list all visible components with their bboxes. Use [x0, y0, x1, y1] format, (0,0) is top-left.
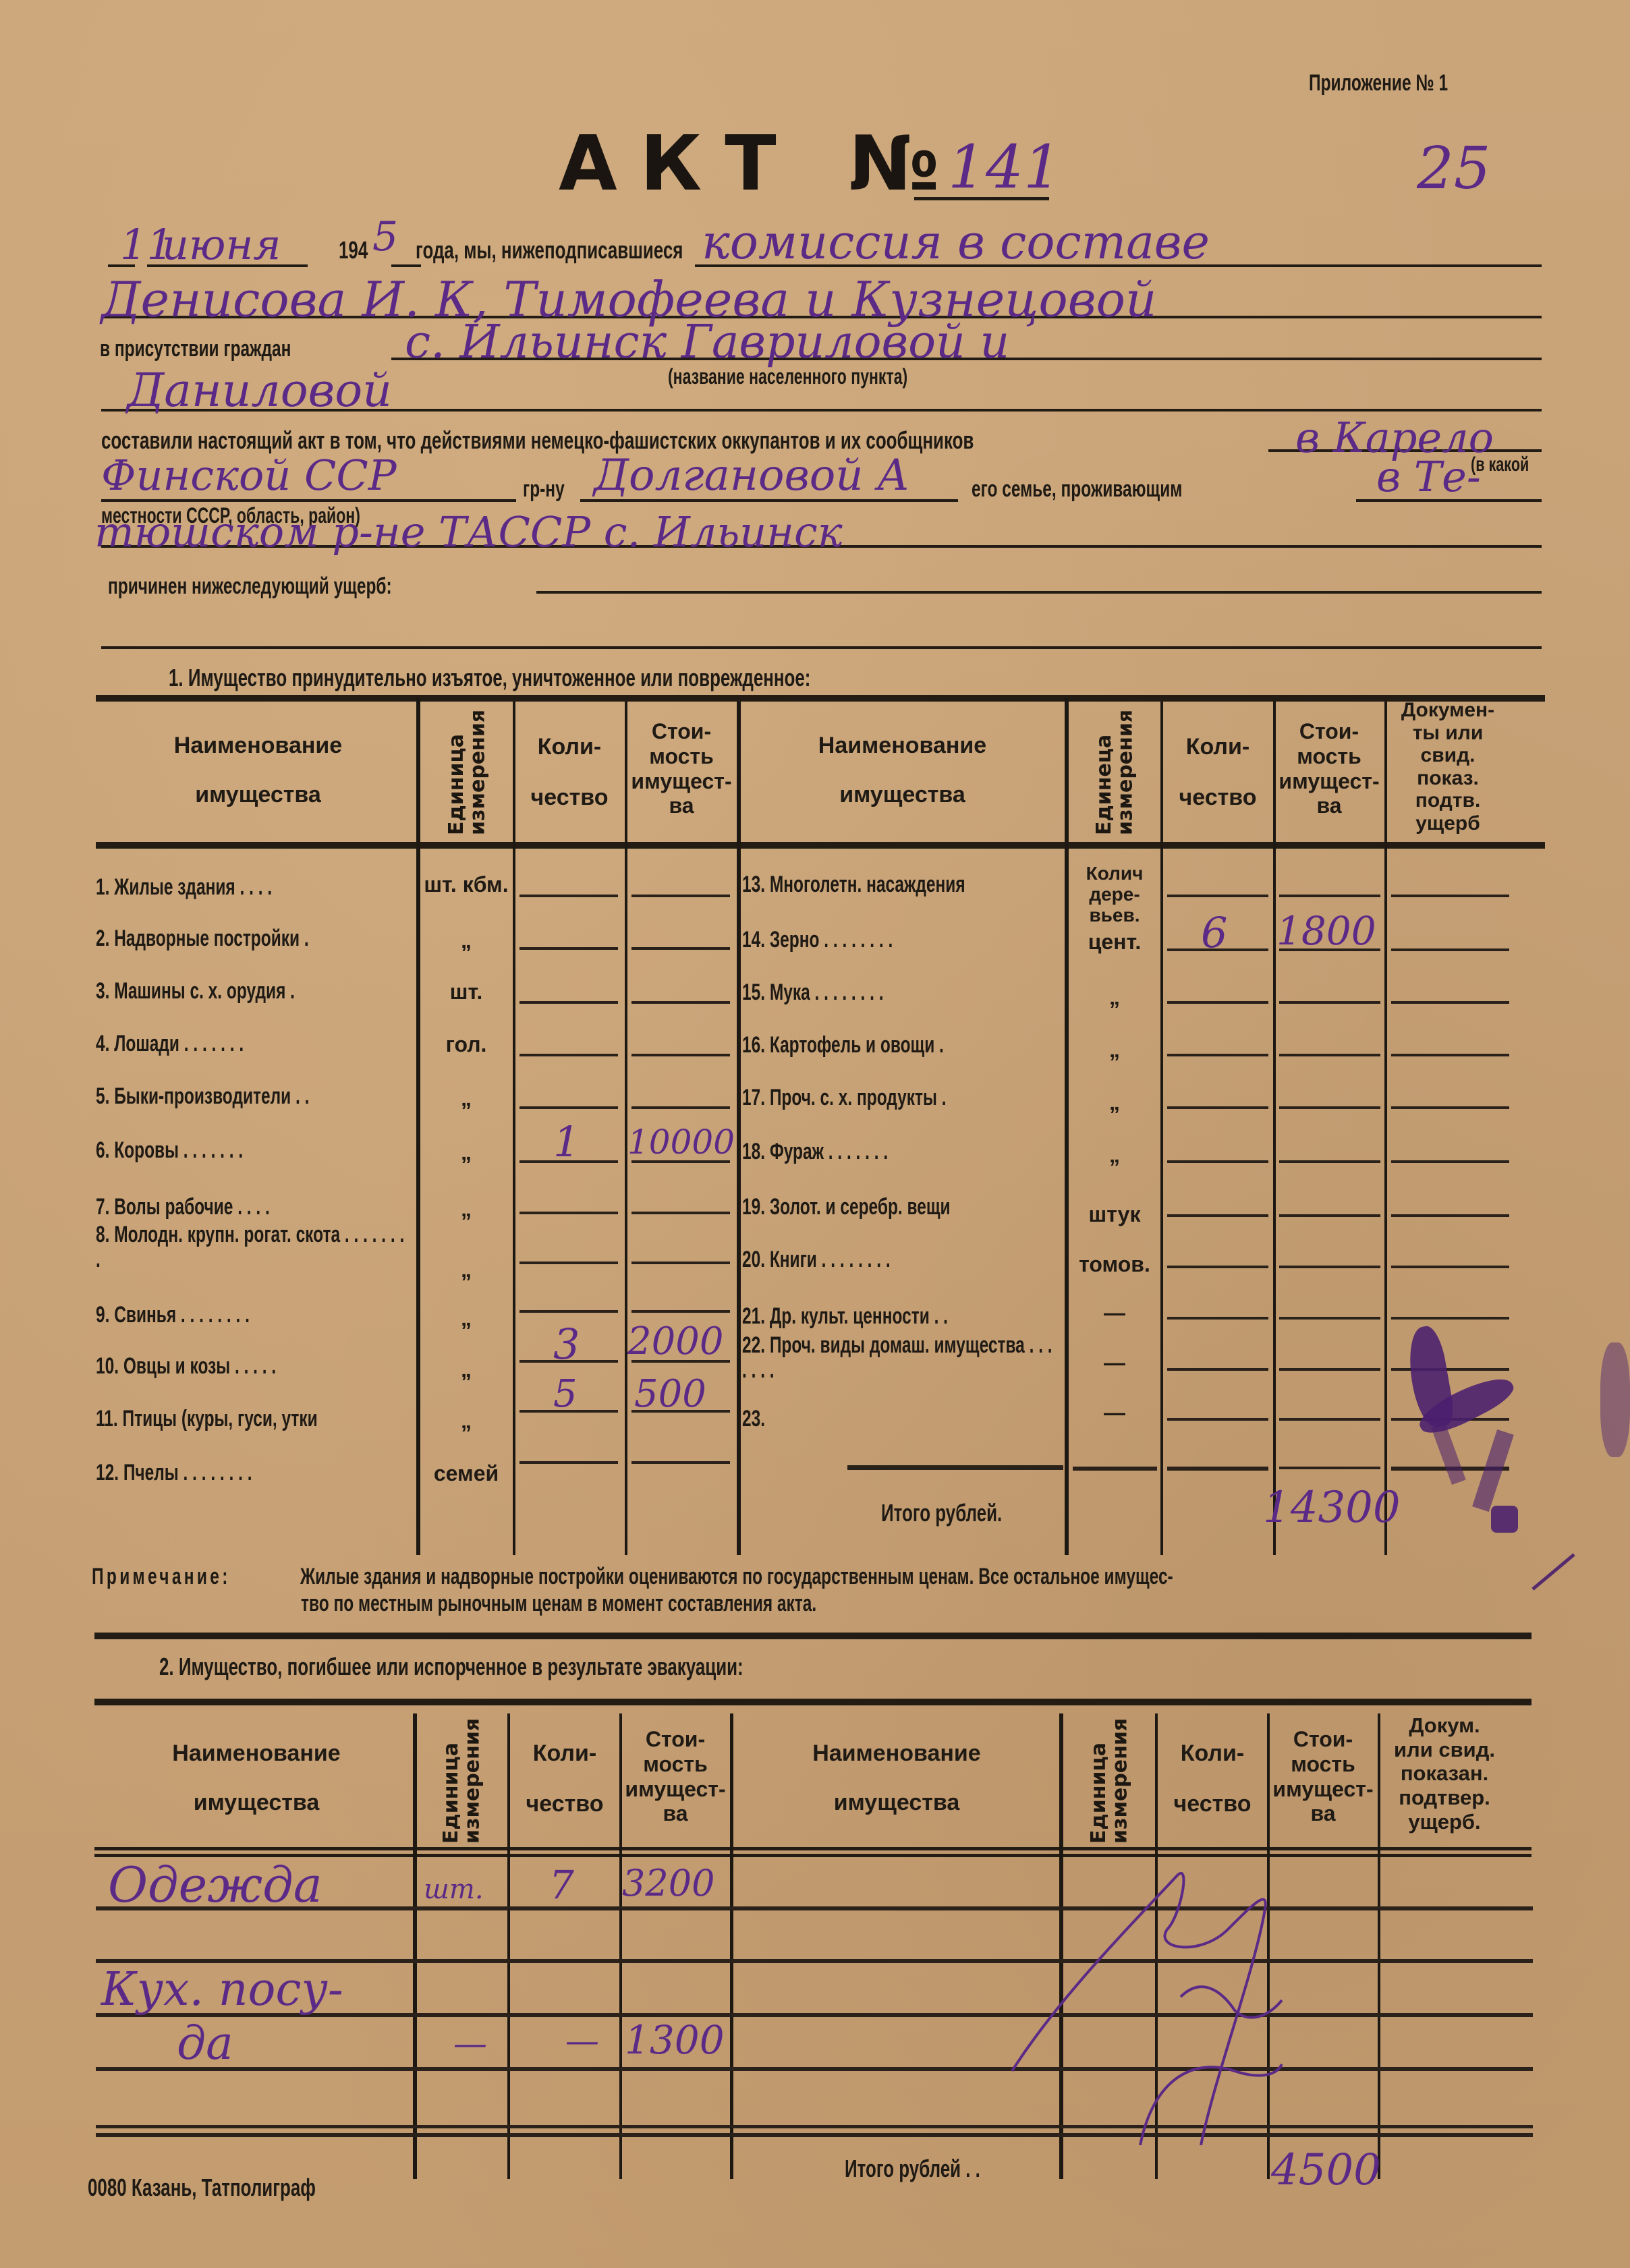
row-unit: „	[1069, 985, 1160, 1010]
s2-row-1-unit: шт.	[424, 1874, 484, 1905]
note-text-line-2: тво по местным рыночным ценам в момент с…	[301, 1591, 1017, 1617]
section-2-title: 2. Имущество, погибшее или испорченное в…	[159, 1653, 970, 1681]
table-row: 8. Молодн. крупн. рогат. скота . . . . .…	[96, 1222, 413, 1273]
row-unit: —	[1069, 1351, 1160, 1376]
citizen-label: гр-ну	[523, 476, 581, 503]
col-qty-header-left: Коли-чество	[516, 734, 623, 811]
sheep-qty: 3	[553, 1320, 580, 1369]
col-docs-header: Докумен-ты илисвид.показ.подтв.ущерб	[1387, 699, 1509, 835]
section-1-total-value: 14300	[1263, 1483, 1401, 1533]
col-name-header-right: Наименованиеимущества	[742, 733, 1063, 808]
grain-qty: 6	[1201, 908, 1227, 957]
col-unit-header-left: Единица измерения	[425, 714, 509, 835]
s2-row-1-qty: 7	[549, 1862, 574, 1908]
presence-label: в присутствии граждан	[100, 336, 366, 362]
col-name-header-left: Наименованиеимущества	[101, 733, 415, 808]
row-unit: гол.	[420, 1032, 513, 1057]
residence-value-2: тюшском р-не ТАССР с. Ильинск	[94, 507, 843, 557]
act-number: 141	[948, 132, 1061, 202]
presence-line-2: Даниловой	[127, 364, 392, 418]
table-row: 5. Быки-производители . .	[96, 1083, 393, 1110]
section-1-total-label: Итого рублей.	[881, 1499, 1049, 1527]
note-text-line-1: Жилые здания и надворные постройки оцени…	[300, 1564, 1513, 1590]
row-unit: „	[420, 1257, 513, 1282]
row-unit: „	[1069, 1038, 1160, 1062]
page-number: 25	[1417, 135, 1490, 202]
col-cost-header-s2-right: Стои-мостьимущест-ва	[1270, 1727, 1376, 1826]
col-qty-header-s2-right: Коли-чество	[1159, 1740, 1266, 1817]
table-row: 7. Волы рабочие . . . .	[96, 1194, 337, 1220]
table-row: 17. Проч. с. х. продукты .	[742, 1085, 1025, 1111]
s2-row-3-unit: —	[453, 2024, 487, 2063]
table-row: 18. Фураж . . . . . . .	[742, 1139, 945, 1165]
table-row: 1. Жилые здания . . . .	[96, 874, 341, 901]
s2-row-3-cost: 1300	[625, 2017, 725, 2063]
table-row: 10. Овцы и козы . . . . .	[96, 1353, 346, 1380]
row-unit: „	[1069, 1143, 1160, 1168]
appendix-label: Приложение № 1	[1309, 70, 1502, 96]
table-row: 13. Многолетн. насаждения	[742, 872, 1052, 898]
family-text: его семье, проживающим	[972, 476, 1264, 503]
row-unit: штук	[1069, 1202, 1160, 1227]
presence-value: с. Ильинск Гавриловой и	[405, 316, 1009, 369]
row-unit: шт.	[420, 980, 513, 1004]
row-unit: томов.	[1069, 1252, 1160, 1277]
table-row: 19. Золот. и серебр. вещи	[742, 1194, 1032, 1220]
row-unit: „	[420, 1197, 513, 1222]
table-row: 11. Птицы (куры, гуси, утки	[96, 1406, 404, 1432]
row-unit: Колич дере- вьев.	[1069, 863, 1160, 926]
row-unit: „	[420, 1357, 513, 1382]
table-row: 6. Коровы . . . . . . .	[96, 1137, 300, 1164]
col-unit-header-s2-left: Единица измерения	[420, 1719, 504, 1844]
note: Примечание:	[92, 1564, 285, 1590]
residence-value-1: в Те-	[1376, 452, 1481, 501]
col-cost-header-right: Стои-мостьимущест-ва	[1275, 719, 1383, 818]
table-row: 3. Машины с. х. орудия .	[96, 978, 372, 1004]
table-row: 2. Надворные постройки .	[96, 926, 391, 952]
poultry-cost: 500	[634, 1372, 706, 1416]
cows-qty: 1	[553, 1117, 580, 1166]
year-suffix: 5	[372, 213, 398, 260]
table-2-top-rule	[94, 1699, 1531, 1705]
row-unit: „	[420, 1086, 513, 1111]
col-cost-header-left: Стои-мостьимущест-ва	[627, 719, 735, 818]
location-value-2: Финской ССР	[101, 451, 397, 500]
col-name-header-s2-left: Наименованиеимущества	[101, 1740, 412, 1816]
row-unit: „	[1069, 1090, 1160, 1115]
row-unit: шт. кбм.	[420, 873, 513, 897]
col-qty-header-right: Коли-чество	[1164, 734, 1271, 811]
table-row: 14. Зерно . . . . . . . .	[742, 927, 951, 953]
row-unit: „	[420, 928, 513, 953]
section-1-title: 1. Имущество принудительно изъятое, унич…	[169, 664, 1060, 692]
damage-label: причинен нижеследующий ущерб:	[108, 573, 502, 600]
signers-line-1: комиссия в составе	[702, 215, 1210, 270]
col-cost-header-s2-left: Стои-мостьимущест-ва	[622, 1727, 729, 1826]
page-title: АКТ №	[559, 120, 962, 208]
section-2-total-value: 4500	[1271, 2145, 1381, 2195]
col-qty-header-s2-left: Коли-чество	[511, 1740, 618, 1817]
citizen-value: Долгановой А	[594, 451, 909, 501]
table-1-top-rule	[96, 695, 1545, 702]
table-row: 21. Др. культ. ценности . .	[742, 1303, 1028, 1330]
grain-cost: 1800	[1276, 908, 1376, 954]
table-row: 16. Картофель и овощи .	[742, 1032, 1022, 1058]
table-row: 12. Пчелы . . . . . . . .	[96, 1460, 313, 1486]
row-unit: „	[420, 1140, 513, 1165]
s2-row-1-name: Одежда	[108, 1856, 322, 1913]
s2-row-3-name: да	[177, 2017, 233, 2070]
row-unit: —	[1069, 1400, 1160, 1425]
signature	[999, 1862, 1349, 2145]
section-2-total-label: Итого рублей . .	[845, 2155, 1033, 2183]
note-rule	[94, 1633, 1531, 1639]
presence-caption: (название населенного пункта)	[668, 364, 1001, 389]
table-2-header-rule-a	[94, 1847, 1531, 1850]
sheep-cost: 2000	[627, 1320, 724, 1363]
row-unit: семей	[420, 1461, 513, 1486]
s2-row-2-name: Кух. посу-	[101, 1963, 343, 2016]
s2-row-3-qty: —	[565, 2021, 599, 2060]
poultry-qty: 5	[553, 1372, 578, 1416]
printer-imprint: 0080 Казань, Татполиграф	[88, 2174, 404, 2202]
col-docs-header-s2: Докум.или свид.показан.подтвер.ущерб.	[1380, 1713, 1509, 1834]
cows-cost: 10000	[627, 1123, 735, 1162]
col-name-header-s2-right: Наименованиеимущества	[735, 1740, 1058, 1816]
row-unit: —	[1069, 1301, 1160, 1326]
table-1-header-rule	[96, 842, 1545, 849]
table-row: 23.	[742, 1406, 774, 1432]
date-month: июня	[162, 220, 281, 269]
col-unit-header-s2-right: Единица измерения	[1067, 1719, 1152, 1844]
table-row: 4. Лошади . . . . . . .	[96, 1031, 301, 1057]
location-caption-1: (в какой	[1471, 453, 1552, 476]
s2-row-1-cost: 3200	[622, 1862, 714, 1904]
col-unit-header-right: Единеца измерения	[1073, 714, 1157, 835]
table-row: 15. Мука . . . . . . . .	[742, 980, 938, 1006]
row-unit: цент.	[1069, 930, 1160, 955]
row-unit: „	[420, 1306, 513, 1331]
table-row: 20. Книги . . . . . . . .	[742, 1247, 948, 1273]
row-unit: „	[420, 1409, 513, 1434]
table-row: 9. Свинья . . . . . . . .	[96, 1302, 310, 1328]
